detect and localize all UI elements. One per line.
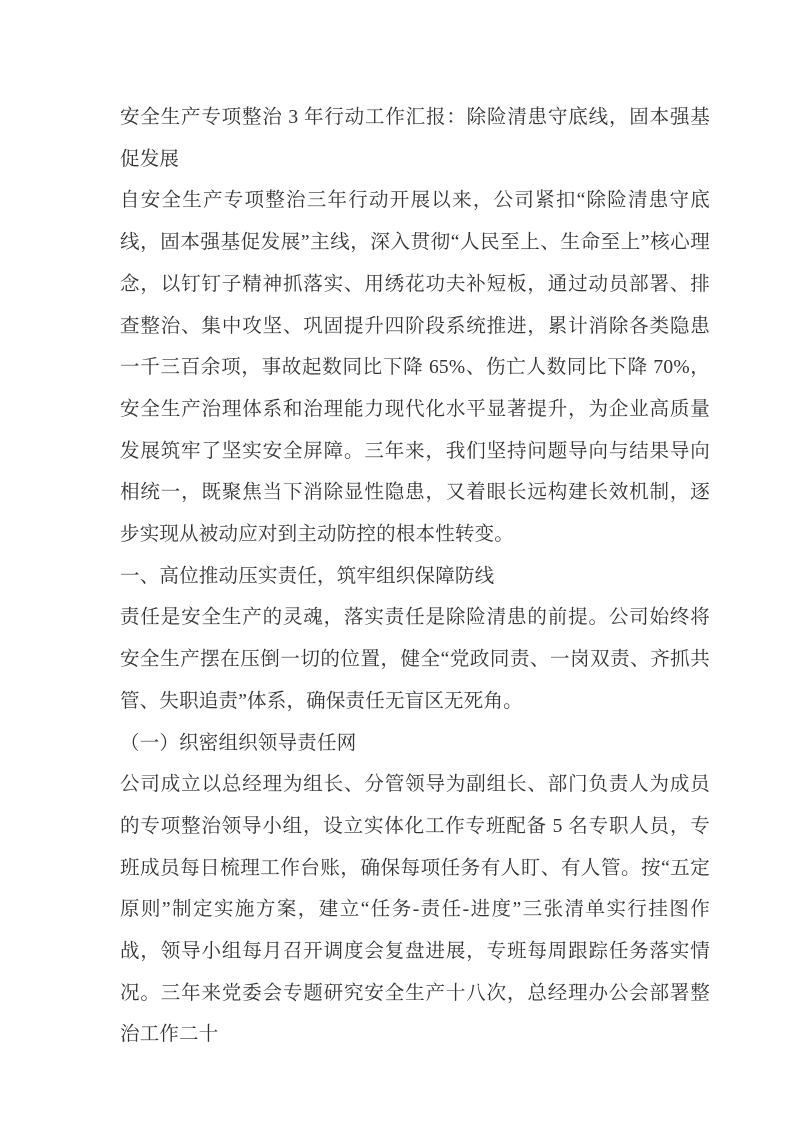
document-content: 安全生产专项整治 3 年行动工作汇报：除险清患守底线，固本强基促发展 自安全生产… bbox=[120, 97, 710, 1056]
subsection-1-1-heading: （一）织密组织领导责任网 bbox=[120, 723, 710, 765]
section-1-paragraph: 责任是安全生产的灵魂，落实责任是除险清患的前提。公司始终将安全生产摆在压倒一切的… bbox=[120, 597, 710, 722]
page-title: 安全生产专项整治 3 年行动工作汇报：除险清患守底线，固本强基促发展 bbox=[120, 97, 710, 180]
intro-paragraph: 自安全生产专项整治三年行动开展以来，公司紧扣“除险清患守底线，固本强基促发展”主… bbox=[120, 180, 710, 555]
subsection-1-1-paragraph: 公司成立以总经理为组长、分管领导为副组长、部门负责人为成员的专项整治领导小组，设… bbox=[120, 764, 710, 1056]
document-page: 安全生产专项整治 3 年行动工作汇报：除险清患守底线，固本强基促发展 自安全生产… bbox=[0, 0, 793, 1122]
section-1-heading: 一、高位推动压实责任，筑牢组织保障防线 bbox=[120, 556, 710, 598]
